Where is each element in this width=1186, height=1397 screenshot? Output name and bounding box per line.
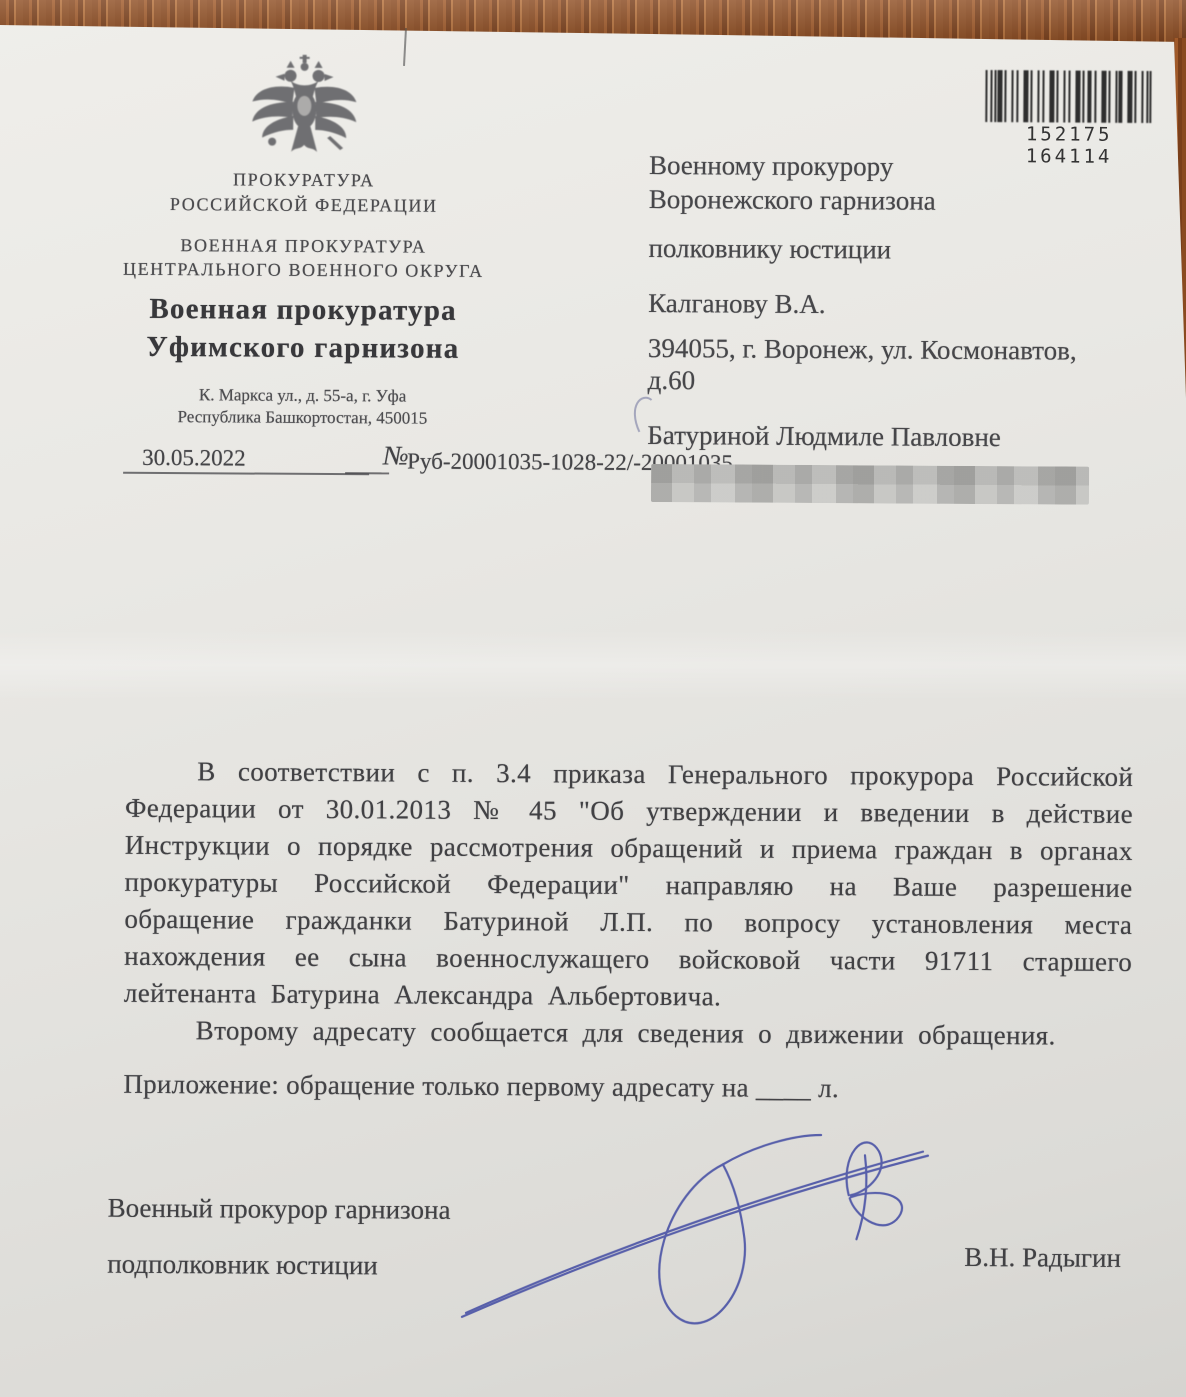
sender-address-line-2: Республика Башкортостан, 450015 bbox=[178, 407, 428, 429]
barcode-bars bbox=[985, 70, 1153, 123]
coat-of-arms-eagle-icon bbox=[244, 53, 365, 166]
unit-name-line-2: Уфимского гарнизона bbox=[146, 331, 459, 366]
org-caps-line-4: ЦЕНТРАЛЬНОГО ВОЕННОГО ОКРУГА bbox=[123, 259, 484, 282]
recipient-line-2: Воронежского гарнизона bbox=[649, 184, 936, 217]
recipient-line-4: Калганову В.А. bbox=[648, 288, 826, 320]
barcode-digits: 152175 164114 bbox=[985, 123, 1153, 168]
signer-name: В.Н. Радыгин bbox=[964, 1242, 1121, 1274]
scanned-letter-photo: ПРОКУРАТУРА РОССИЙСКОЙ ФЕДЕРАЦИИ ВОЕННАЯ… bbox=[0, 0, 1186, 1397]
barcode: 152175 164114 bbox=[985, 70, 1154, 168]
org-caps-line-1: ПРОКУРАТУРА bbox=[233, 169, 375, 191]
org-caps-line-3: ВОЕННАЯ ПРОКУРАТУРА bbox=[180, 235, 426, 258]
redacted-address-block bbox=[651, 464, 1089, 505]
org-caps-line-2: РОССИЙСКОЙ ФЕДЕРАЦИИ bbox=[170, 194, 438, 217]
signer-title-line-1: Военный прокурор гарнизона bbox=[108, 1193, 451, 1226]
date-underline bbox=[123, 472, 369, 476]
recipient-line-5: 394055, г. Воронеж, ул. Космонавтов, bbox=[648, 333, 1077, 367]
number-underline bbox=[345, 472, 389, 474]
recipient-line-7: Батуриной Людмиле Павловне bbox=[647, 420, 1001, 453]
recipient-line-1: Военному прокурору bbox=[649, 150, 894, 182]
attachment-line: Приложение: обращение только первому адр… bbox=[123, 1069, 839, 1104]
sender-address-line-1: К. Маркса ул., д. 55-а, г. Уфа bbox=[199, 385, 407, 406]
recipient-line-3: полковнику юстиции bbox=[648, 233, 891, 265]
paper-fold-highlight bbox=[0, 630, 1186, 700]
number-sign: № bbox=[383, 440, 409, 471]
letter-body: В соответствии с п. 3.4 приказа Генераль… bbox=[124, 753, 1134, 1055]
body-paragraph-2: Второму адресату сообщается для сведения… bbox=[124, 1012, 1132, 1055]
recipient-line-6: д.60 bbox=[648, 365, 696, 396]
body-paragraph-1: В соответствии с п. 3.4 приказа Генераль… bbox=[124, 753, 1134, 1018]
unit-name-line-1: Военная прокуратура bbox=[149, 293, 457, 328]
letter-date: 30.05.2022 bbox=[142, 445, 246, 472]
signer-title-line-2: подполковник юстиции bbox=[107, 1249, 378, 1282]
